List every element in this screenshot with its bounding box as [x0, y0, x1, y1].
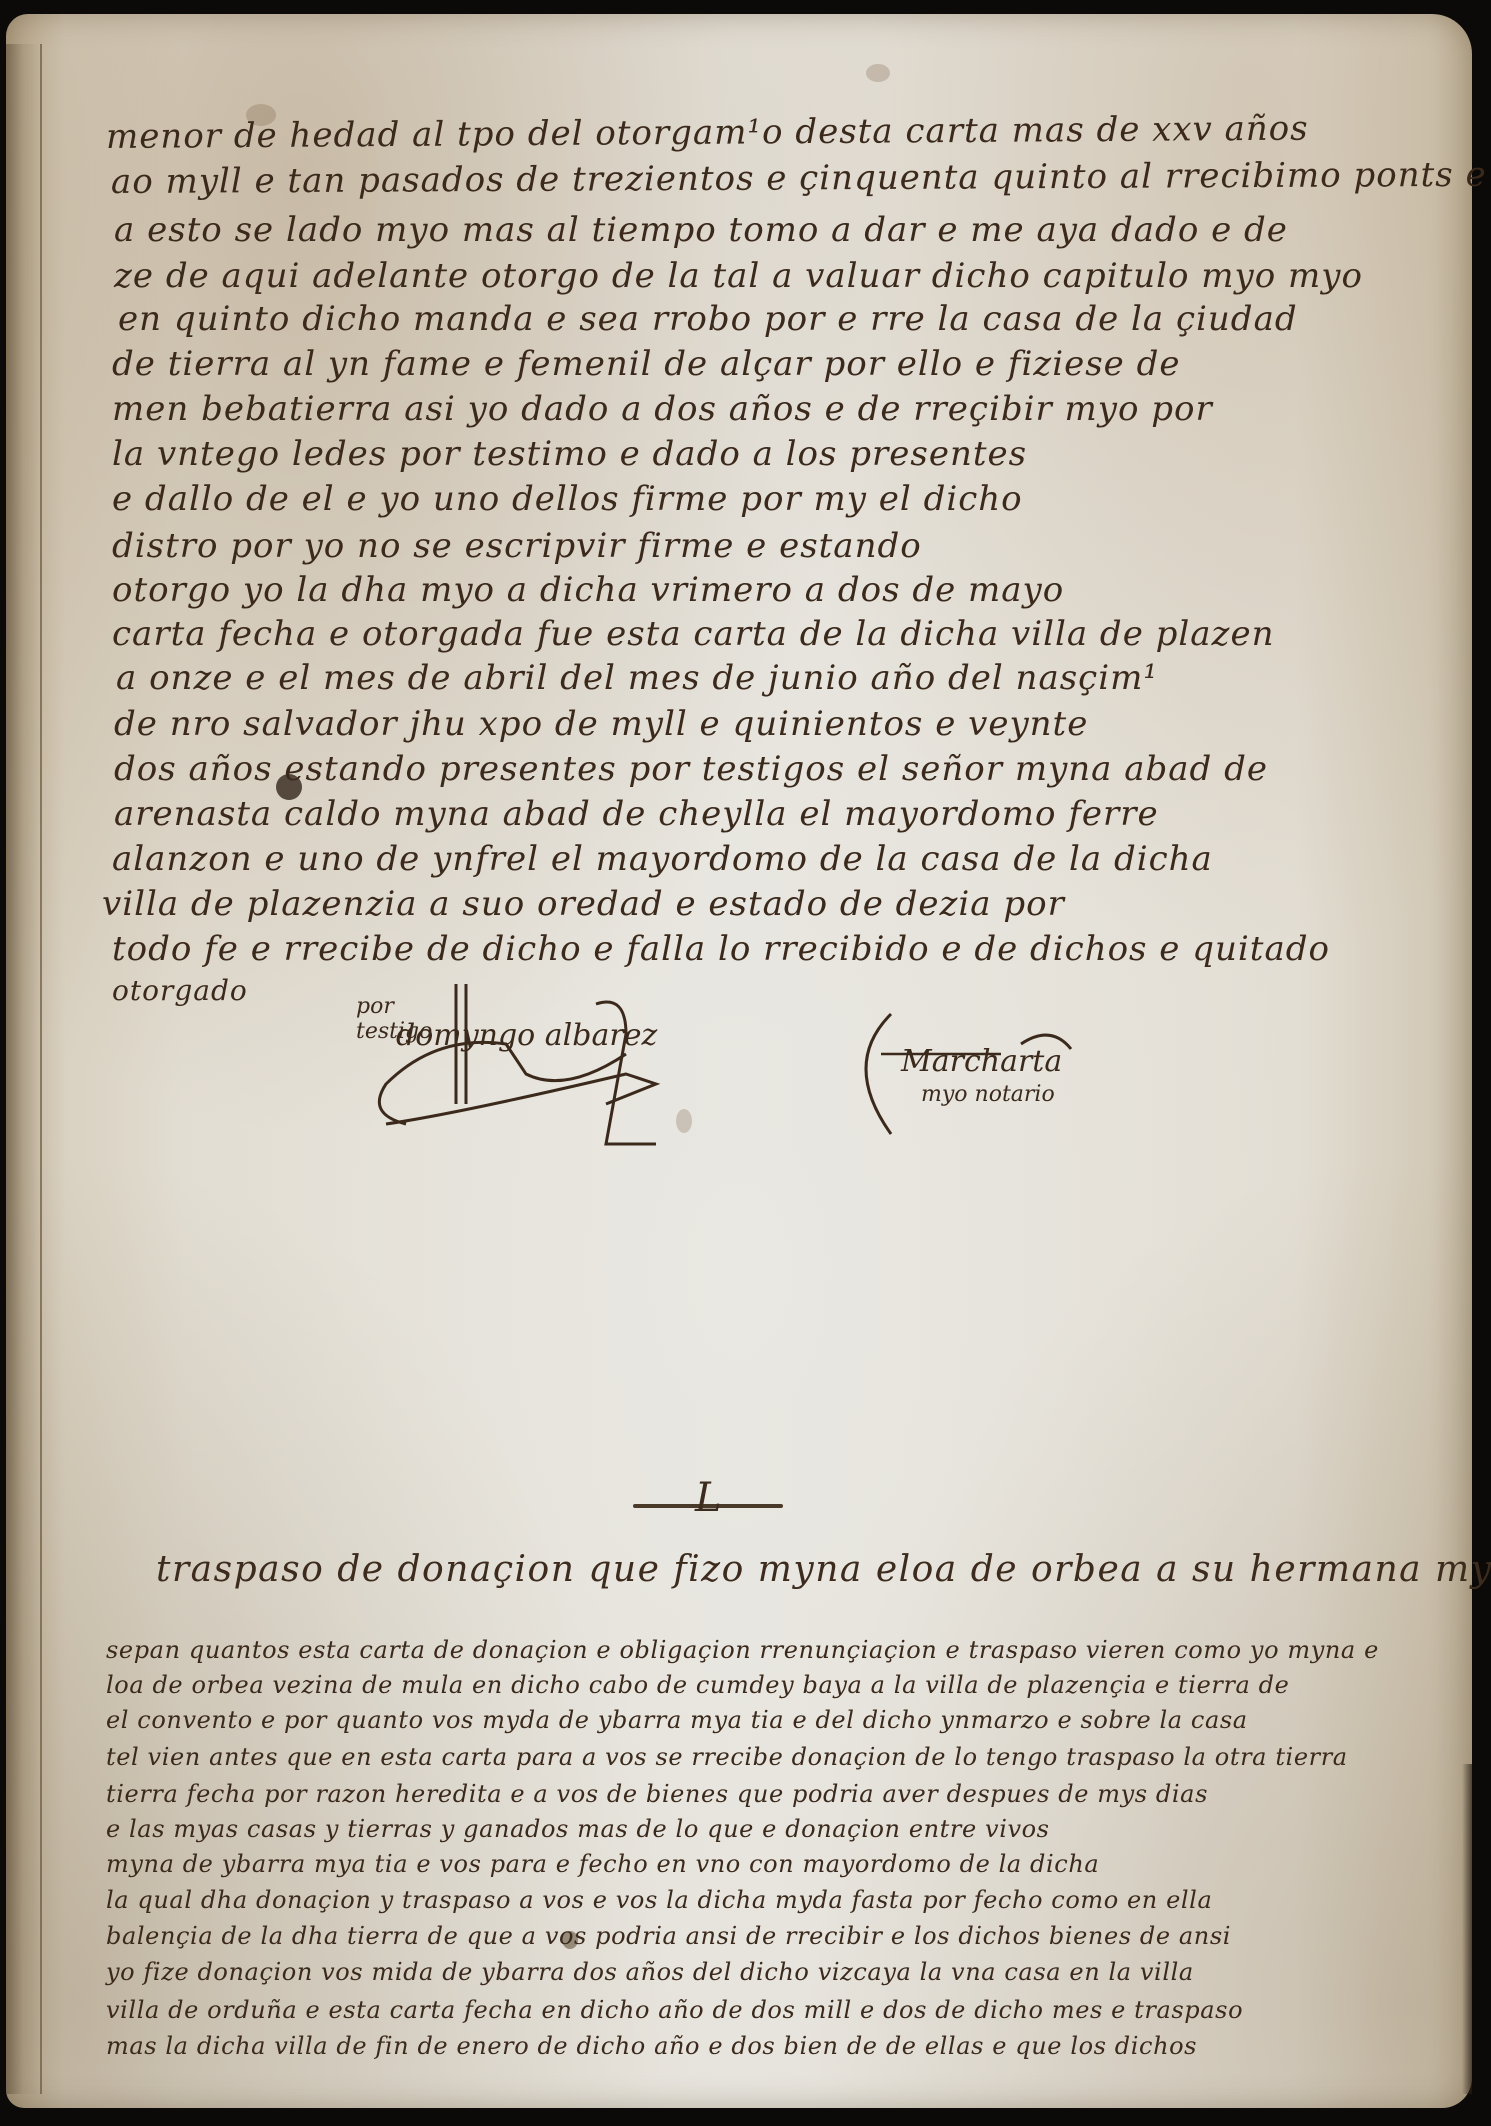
- text-line: men bebatierra asi yo dado a dos años e …: [112, 389, 1213, 429]
- signature-name: domyngo albarez: [396, 1018, 657, 1053]
- text-line: carta fecha e otorgada fue esta carta de…: [112, 614, 1274, 654]
- text-line: balençia de la dha tierra de que a vos p…: [106, 1922, 1231, 1950]
- text-line: otorgo yo la dha myo a dicha vrimero a d…: [112, 570, 1064, 610]
- text-line: e las myas casas y tierras y ganados mas…: [106, 1815, 1050, 1843]
- signature-name: Marcharta: [901, 1044, 1062, 1079]
- text-line: otorgado: [112, 974, 248, 1007]
- text-line: alanzon e uno de ynfrel el mayordomo de …: [112, 839, 1213, 879]
- text-line: tierra fecha por razon heredita e a vos …: [106, 1780, 1208, 1808]
- binding-edge: [6, 44, 42, 2094]
- text-line: myna de ybarra mya tia e vos para e fech…: [106, 1850, 1099, 1878]
- text-line: arenasta caldo myna abad de cheylla el m…: [114, 794, 1159, 834]
- text-line: todo fe e rrecibe de dicho e falla lo rr…: [112, 929, 1330, 969]
- manuscript-page: menor de hedad al tpo del otorgam¹o dest…: [6, 14, 1472, 2108]
- section-separator: L: [633, 1479, 783, 1529]
- text-line: el convento e por quanto vos myda de yba…: [106, 1706, 1248, 1734]
- section-heading: traspaso de donaçion que fizo myna eloa …: [156, 1549, 1491, 1590]
- text-line: dos años estando presentes por testigos …: [114, 749, 1268, 789]
- text-line: distro por yo no se escripvir firme e es…: [112, 526, 922, 566]
- text-line: villa de orduña e esta carta fecha en di…: [106, 1996, 1243, 2024]
- page-edge-shadow: [1462, 1764, 1472, 2094]
- text-line: menor de hedad al tpo del otorgam¹o dest…: [106, 109, 1309, 157]
- text-line: loa de orbea vezina de mula en dicho cab…: [106, 1671, 1289, 1699]
- text-line: de tierra al yn fame e femenil de alçar …: [112, 344, 1180, 384]
- text-line: ze de aqui adelante otorgo de la tal a v…: [114, 256, 1363, 296]
- text-line: yo fize donaçion vos mida de ybarra dos …: [106, 1958, 1194, 1986]
- text-line: tel vien antes que en esta carta para a …: [106, 1743, 1348, 1771]
- section-glyph: L: [695, 1475, 722, 1521]
- signature-subscript: myo notario: [921, 1082, 1055, 1107]
- text-line: sepan quantos esta carta de donaçion e o…: [106, 1636, 1379, 1664]
- text-line: a onze e el mes de abril del mes de juni…: [116, 658, 1158, 698]
- text-line: mas la dicha villa de fin de enero de di…: [106, 2032, 1197, 2060]
- foxing-stain: [866, 64, 890, 82]
- text-line: la qual dha donaçion y traspaso a vos e …: [106, 1886, 1212, 1914]
- text-line: ao myll e tan pasados de trezientos e çi…: [111, 154, 1491, 202]
- text-line: villa de plazenzia a suo oredad e estado…: [102, 884, 1065, 924]
- text-line: a esto se lado myo mas al tiempo tomo a …: [114, 210, 1288, 250]
- text-line: de nro salvador jhu xpo de myll e quinie…: [114, 704, 1088, 744]
- text-line: e dallo de el e yo uno dellos firme por …: [112, 479, 1023, 519]
- foxing-stain: [676, 1109, 692, 1133]
- text-line: en quinto dicho manda e sea rrobo por e …: [118, 299, 1298, 339]
- text-line: la vntego ledes por testimo e dado a los…: [112, 434, 1027, 474]
